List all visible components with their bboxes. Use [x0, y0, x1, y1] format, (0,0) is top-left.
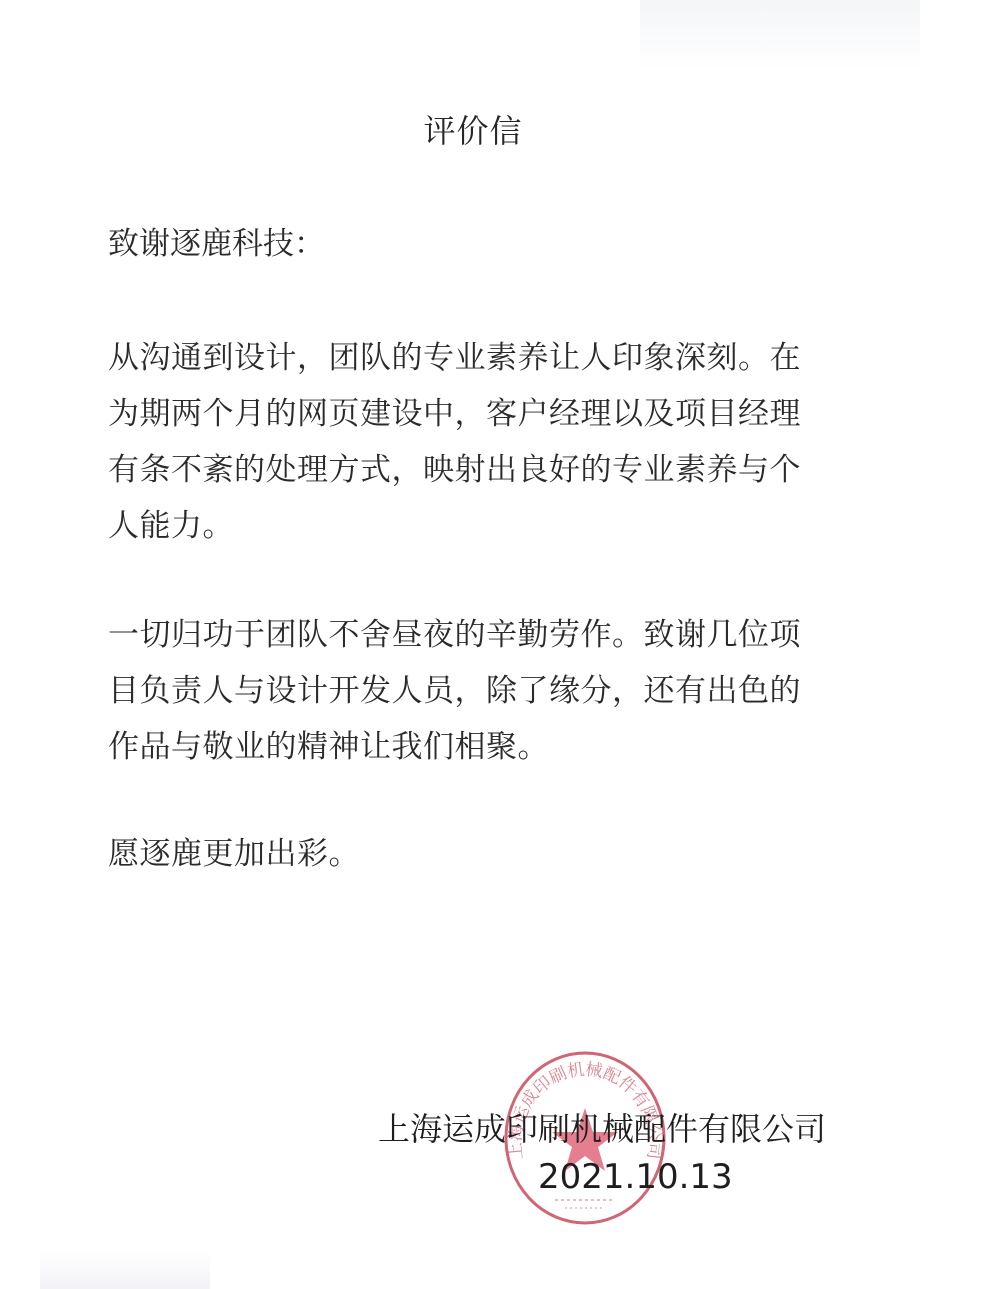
- paragraph-1: 从沟通到设计，团队的专业素养让人印象深刻。在 为期两个月的网页建设中，客户经理以…: [108, 330, 828, 554]
- letter-page: 评价信 致谢逐鹿科技： 从沟通到设计，团队的专业素养让人印象深刻。在 为期两个月…: [0, 0, 1000, 1289]
- paragraph-line: 一切归功于团队不舍昼夜的辛勤劳作。致谢几位项: [108, 607, 828, 663]
- paragraph-line: 为期两个月的网页建设中，客户经理以及项目经理: [108, 386, 828, 442]
- scan-shadow-bottom: [40, 1250, 210, 1289]
- paragraph-line: 作品与敬业的精神让我们相聚。: [108, 719, 828, 775]
- paragraph-2: 一切归功于团队不舍昼夜的辛勤劳作。致谢几位项 目负责人与设计开发人员，除了缘分，…: [108, 607, 828, 775]
- paragraph-3: 愿逐鹿更加出彩。: [108, 826, 828, 882]
- letter-title: 评价信: [0, 106, 946, 152]
- paragraph-line: 目负责人与设计开发人员，除了缘分，还有出色的: [108, 663, 828, 719]
- scan-shadow-top: [640, 0, 920, 70]
- paragraph-line: 愿逐鹿更加出彩。: [108, 826, 828, 882]
- company-signature: 上海运成印刷机械配件有限公司: [378, 1104, 826, 1150]
- paragraph-line: 从沟通到设计，团队的专业素养让人印象深刻。在: [108, 330, 828, 386]
- paragraph-line: 人能力。: [108, 498, 828, 554]
- paragraph-line: 有条不紊的处理方式，映射出良好的专业素养与个: [108, 442, 828, 498]
- letter-salutation: 致谢逐鹿科技：: [108, 218, 325, 263]
- letter-date: 2021.10.13: [538, 1157, 733, 1197]
